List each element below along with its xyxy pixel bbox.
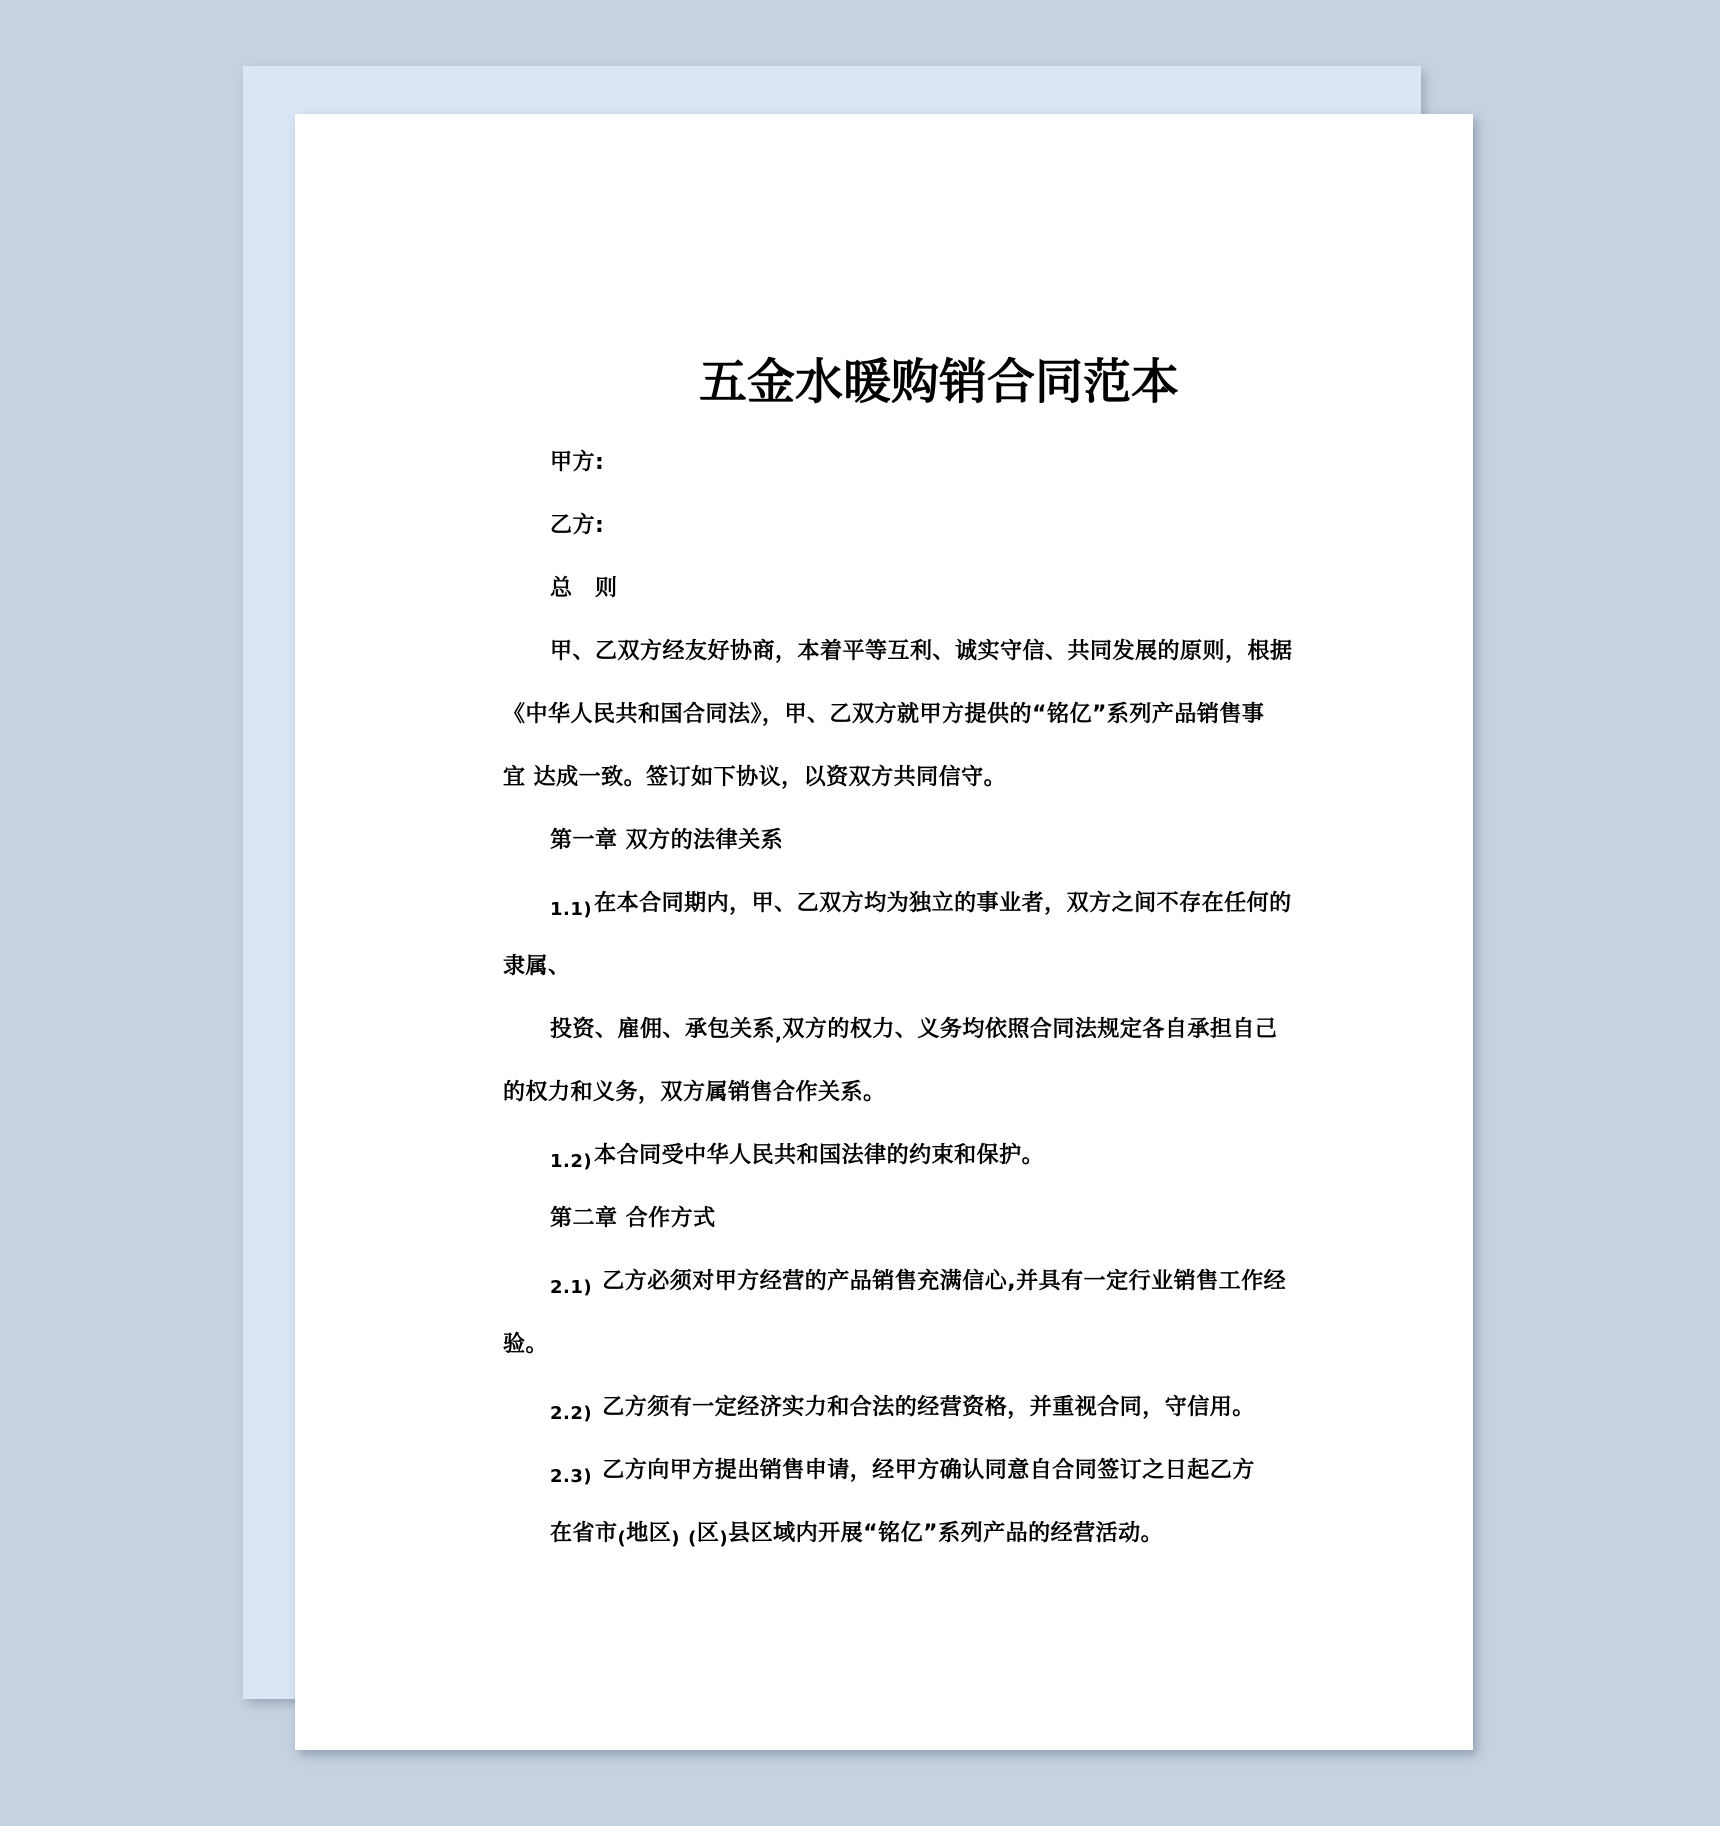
doc-line: 总 则 [503,557,1265,620]
doc-line: 在省市(地区) (区)县区域内开展“铭亿”系列产品的经营活动。 [503,1502,1265,1565]
doc-text: 乙方须有一定经济实力和合法的经营资格，并重视合同，守信用。 [594,1395,1255,1420]
clause-number: 2.1) [550,1277,592,1298]
doc-text: 乙方向甲方提出销售申请，经甲方确认同意自合同签订之日起乙方 [594,1458,1255,1483]
doc-line: 第一章 双方的法律关系 [503,809,1265,872]
doc-line: 验。 [503,1313,1265,1376]
document-body: 甲方:乙方:总 则甲、乙双方经友好协商，本着平等互利、诚实守信、共同发展的原则，… [503,431,1265,1565]
doc-line: 第二章 合作方式 [503,1187,1265,1250]
clause-number: 2.3) [550,1466,592,1487]
doc-text: ( [688,1528,697,1549]
doc-line: 甲、乙双方经友好协商，本着平等互利、诚实守信、共同发展的原则，根据 [503,620,1265,683]
doc-text: 总 则 [550,576,618,601]
doc-line: 2.1) 乙方必须对甲方经营的产品销售充满信心,并具有一定行业销售工作经 [503,1250,1265,1313]
doc-line: 的权力和义务，双方属销售合作关系。 [503,1061,1265,1124]
doc-line: 1.1)在本合同期内，甲、乙双方均为独立的事业者，双方之间不存在任何的 [503,872,1265,935]
document-title: 五金水暖购销合同范本 [699,354,1179,410]
doc-text: 本合同受中华人民共和国法律的约束和保护。 [594,1143,1044,1168]
doc-text: 在省市 [550,1521,618,1546]
doc-line: 甲方: [503,431,1265,494]
doc-text: ) [719,1528,728,1549]
doc-text: 隶属、 [503,954,571,979]
clause-number: 2.2) [550,1403,592,1424]
doc-text: 双方的权力、义务均依照合同法规定各自承担自己 [782,1017,1277,1042]
doc-line: 《中华人民共和国合同法》，甲、乙双方就甲方提供的“铭亿”系列产品销售事 [503,683,1265,746]
doc-text: 乙方必须对甲方经营的产品销售充满信心,并具有一定行业销售工作经 [594,1269,1286,1294]
doc-text: 第二章 合作方式 [550,1206,716,1231]
doc-text: 验。 [503,1332,548,1357]
document-page: 五金水暖购销合同范本 甲方:乙方:总 则甲、乙双方经友好协商，本着平等互利、诚实… [295,114,1473,1750]
doc-text: 投资、雇佣、承包关系 [550,1017,775,1042]
doc-text: 县区域内开展“铭亿”系列产品的经营活动。 [728,1521,1163,1546]
doc-text: , [775,1024,782,1045]
doc-text: 在本合同期内，甲、乙双方均为独立的事业者，双方之间不存在任何的 [594,891,1292,916]
doc-text: 乙方: [550,513,604,538]
doc-text: 甲、乙双方经友好协商，本着平等互利、诚实守信、共同发展的原则，根据 [550,639,1293,664]
clause-number: 1.1) [550,899,592,920]
doc-text: 甲方: [550,450,604,475]
doc-line: 投资、雇佣、承包关系,双方的权力、义务均依照合同法规定各自承担自己 [503,998,1265,1061]
doc-line: 2.2) 乙方须有一定经济实力和合法的经营资格，并重视合同，守信用。 [503,1376,1265,1439]
doc-text [680,1521,688,1546]
doc-text: ) [671,1528,680,1549]
doc-line: 2.3) 乙方向甲方提出销售申请，经甲方确认同意自合同签订之日起乙方 [503,1439,1265,1502]
doc-text: 第一章 双方的法律关系 [550,828,783,853]
doc-line: 乙方: [503,494,1265,557]
doc-text: ( [618,1528,627,1549]
doc-line: 宜 达成一致。签订如下协议，以资双方共同信守。 [503,746,1265,809]
doc-line: 1.2)本合同受中华人民共和国法律的约束和保护。 [503,1124,1265,1187]
clause-number: 1.2) [550,1151,592,1172]
doc-text: 地区 [626,1521,671,1546]
doc-text: 区 [697,1521,720,1546]
doc-text: 的权力和义务，双方属销售合作关系。 [503,1080,886,1105]
doc-line: 隶属、 [503,935,1265,998]
doc-text: 《中华人民共和国合同法》，甲、乙双方就甲方提供的“铭亿”系列产品销售事 [503,702,1264,727]
doc-text: 宜 达成一致。签订如下协议，以资双方共同信守。 [503,765,1006,790]
